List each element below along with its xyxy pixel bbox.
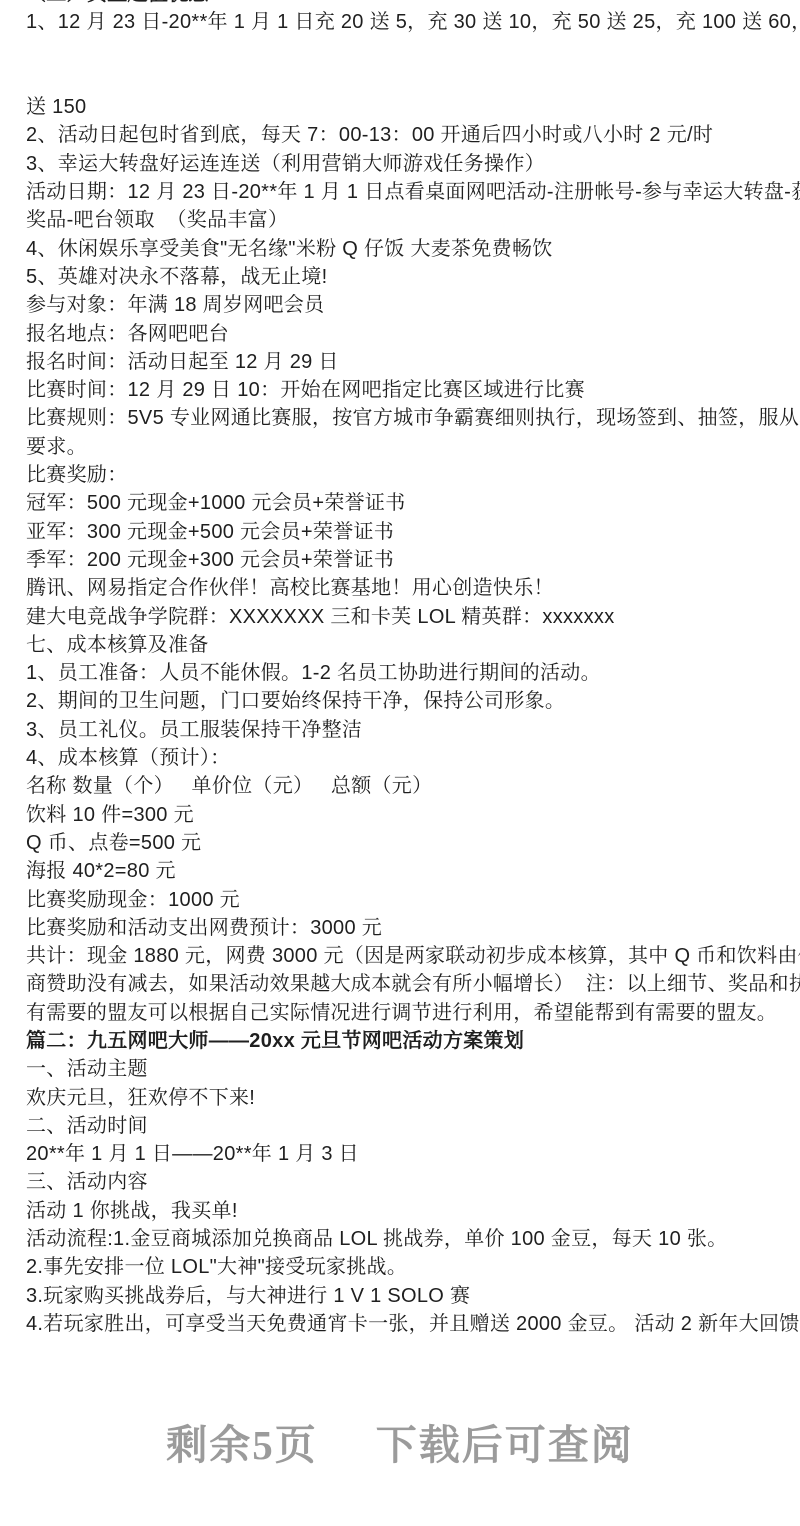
doc-heading-line: 篇二：九五网吧大师——20xx 元旦节网吧活动方案策划: [26, 1027, 788, 1055]
doc-line: 报名时间：活动日起至 12 月 29 日: [26, 348, 788, 376]
doc-line: 有需要的盟友可以根据自己实际情况进行调节进行利用，希望能帮到有需要的盟友。: [26, 999, 788, 1027]
doc-line: [26, 37, 788, 65]
doc-line: 活动 1 你挑战，我买单!: [26, 1197, 788, 1225]
doc-line: 欢庆元旦，狂欢停不下来!: [26, 1084, 788, 1112]
doc-line: 3、员工礼仪。员工服装保持干净整洁: [26, 716, 788, 744]
doc-line: 4.若玩家胜出，可享受当天免费通宵卡一张，并且赠送 2000 金豆。 活动 2 …: [26, 1310, 788, 1338]
doc-line: 报名地点：各网吧吧台: [26, 320, 788, 348]
doc-line: 比赛奖励现金：1000 元: [26, 886, 788, 914]
doc-line: 4、成本核算（预计）：: [26, 744, 788, 772]
doc-line: 3.玩家购买挑战券后，与大神进行 1 V 1 SOLO 赛: [26, 1282, 788, 1310]
footer-watermark: 剩余5页 下载后可查阅: [0, 1412, 800, 1471]
doc-line: 冠军：500 元现金+1000 元会员+荣誉证书: [26, 489, 788, 517]
doc-line: 三、活动内容: [26, 1168, 788, 1196]
doc-line: 2、活动日起包时省到底，每天 7：00-13：00 开通后四小时或八小时 2 元…: [26, 121, 788, 149]
document-body: （三）真正超值优惠1、12 月 23 日-20**年 1 月 1 日充 20 送…: [26, 0, 788, 1338]
doc-line: 比赛时间：12 月 29 日 10：开始在网吧指定比赛区域进行比赛: [26, 376, 788, 404]
doc-line: 共计：现金 1880 元，网费 3000 元（因是两家联动初步成本核算，其中 Q…: [26, 942, 788, 970]
doc-heading-line: （三）真正超值优惠: [26, 0, 788, 8]
doc-line: Q 币、点卷=500 元: [26, 829, 788, 857]
doc-line: 饮料 10 件=300 元: [26, 801, 788, 829]
doc-line: [26, 65, 788, 93]
doc-line: 活动流程:1.金豆商城添加兑换商品 LOL 挑战券，单价 100 金豆，每天 1…: [26, 1225, 788, 1253]
doc-line: 参与对象：年满 18 周岁网吧会员: [26, 291, 788, 319]
page: { "page": { "background": "#ffffff", "te…: [0, 0, 800, 1526]
download-hint-label: 下载后可查阅: [376, 1412, 634, 1471]
doc-line: 商赞助没有减去，如果活动效果越大成本就会有所小幅增长） 注：以上细节、奖品和执行: [26, 970, 788, 998]
doc-line: 名称 数量（个） 单价位（元） 总额（元）: [26, 772, 788, 800]
doc-line: 亚军：300 元现金+500 元会员+荣誉证书: [26, 518, 788, 546]
doc-line: 20**年 1 月 1 日——20**年 1 月 3 日: [26, 1140, 788, 1168]
doc-line: 奖品-吧台领取 （奖品丰富）: [26, 206, 788, 234]
doc-line: 一、活动主题: [26, 1055, 788, 1083]
doc-line: 七、成本核算及准备: [26, 631, 788, 659]
doc-line: 二、活动时间: [26, 1112, 788, 1140]
doc-line: 季军：200 元现金+300 元会员+荣誉证书: [26, 546, 788, 574]
doc-line: 3、幸运大转盘好运连连送（利用营销大师游戏任务操作）: [26, 150, 788, 178]
doc-line: 1、员工准备：人员不能休假。1-2 名员工协助进行期间的活动。: [26, 659, 788, 687]
doc-line: 海报 40*2=80 元: [26, 857, 788, 885]
doc-line: 比赛规则：5V5 专业网通比赛服，按官方城市争霸赛细则执行，现场签到、抽签，服从…: [26, 404, 788, 432]
doc-line: 比赛奖励和活动支出网费预计：3000 元: [26, 914, 788, 942]
doc-line: 活动日期：12 月 23 日-20**年 1 月 1 日点看桌面网吧活动-注册帐…: [26, 178, 788, 206]
doc-line: 2.事先安排一位 LOL"大神"接受玩家挑战。: [26, 1253, 788, 1281]
doc-line: 腾讯、网易指定合作伙伴！高校比赛基地！用心创造快乐！: [26, 574, 788, 602]
doc-line: 比赛奖励：: [26, 461, 788, 489]
doc-line: 要求。: [26, 433, 788, 461]
doc-line: 建大电竞战争学院群：XXXXXXX 三和卡芙 LOL 精英群：xxxxxxx: [26, 603, 788, 631]
doc-line: 2、期间的卫生问题，门口要始终保持干净，保持公司形象。: [26, 687, 788, 715]
doc-line: 5、英雄对决永不落幕，战无止境!: [26, 263, 788, 291]
doc-line: 送 150: [26, 93, 788, 121]
doc-line: 4、休闲娱乐享受美食"无名缘"米粉 Q 仔饭 大麦茶免费畅饮: [26, 235, 788, 263]
doc-line: 1、12 月 23 日-20**年 1 月 1 日充 20 送 5，充 30 送…: [26, 8, 788, 36]
remaining-pages-label: 剩余5页: [166, 1412, 318, 1471]
